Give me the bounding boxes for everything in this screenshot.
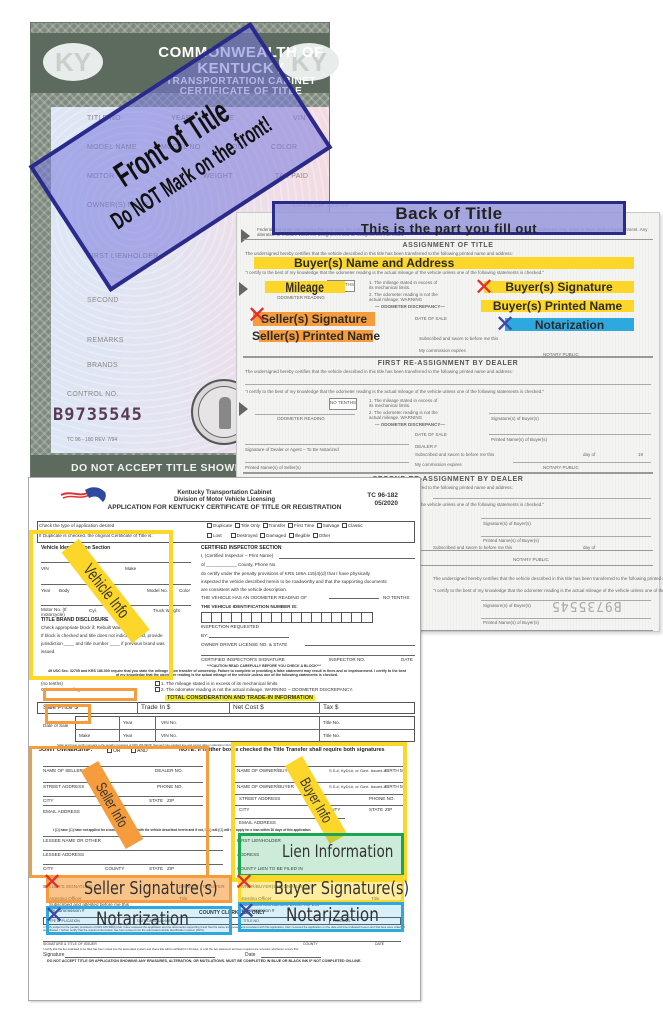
- buyer-signature-label: Signature(s) of Buyer(s): [483, 603, 531, 608]
- buyer-notarization-label: Notarization: [286, 904, 402, 926]
- sale-price-outline: [43, 688, 137, 701]
- buyer-signature-label: Signature(s) of Buyer(s): [491, 416, 539, 421]
- buyer-signatures-text: Buyer Signature(s): [274, 878, 409, 899]
- inspector-signature-label: CERTIFIED INSPECTOR'S SIGNATURE: [201, 657, 285, 662]
- year-prefix: 19: [638, 452, 643, 457]
- tradein-vin-2: VIN No.: [161, 733, 177, 738]
- total-consideration-heading: TOTAL CONSIDERATION AND TRADE-IN INFORMA…: [165, 695, 315, 701]
- statement-1: 1. The mileage stated in excess of its m…: [369, 280, 439, 290]
- day-of-label: day of: [583, 452, 595, 457]
- blue-x-seller-notarization-icon: ✕: [44, 903, 64, 927]
- mileage-text: Mileage: [286, 279, 325, 295]
- buyer-signatures-label: Buyer Signature(s): [274, 878, 443, 899]
- back-of-title-banner: Back of Title This is the part you fill …: [272, 201, 626, 235]
- money-divider: [137, 702, 138, 714]
- commission-label: My commission expires: [419, 348, 466, 353]
- trade-in-col-divider: [119, 716, 120, 742]
- checkbox-damaged[interactable]: Damaged: [260, 533, 286, 538]
- tradein-year-1: Year: [123, 720, 132, 725]
- dealer-signature-line: [245, 444, 409, 445]
- date-of-sale-outline: [45, 704, 91, 724]
- money-divider: [319, 702, 320, 714]
- inspector-date-label: DATE: [401, 657, 413, 662]
- tradein-title-2: Title No.: [323, 733, 340, 738]
- inspector-line-2: of ____________ County, Phone No.: [201, 562, 277, 567]
- statement-2: 2. The odometer reading is not the actua…: [369, 292, 439, 302]
- lien-information-text: Lien Information: [282, 842, 393, 862]
- buyer-printed-line: [489, 434, 651, 435]
- banner-back-title: Back of Title: [275, 205, 623, 222]
- buyer-printed-line: [481, 536, 651, 537]
- signature-label: Signature: [43, 952, 64, 958]
- checkbox-classic[interactable]: Classic: [342, 523, 363, 528]
- buyer-printed-label: Printed Name(s) of Buyer(s): [491, 437, 547, 442]
- first-certify-text: "I certify to the best of my knowledge t…: [245, 389, 544, 394]
- inspector-line-9: BY:: [201, 633, 208, 638]
- inspector-line-5: are consistent with the vehicle descript…: [201, 587, 287, 592]
- caution-text: ***CAUTION READ CAREFULLY BEFORE YOU CHE…: [207, 664, 321, 668]
- odometer-statement-2: 2. The odometer reading is not the actua…: [155, 687, 353, 692]
- blue-x-notarization-icon: ✕: [495, 312, 515, 336]
- statement-1: 1. The mileage stated in excess of its m…: [369, 398, 439, 408]
- type-options: Duplicate Title Only Transfer First Time…: [207, 523, 363, 528]
- vehicle-info-outline: [29, 530, 173, 680]
- inspector-line-1: I, (Certified Inspector – Print Name): [201, 553, 273, 558]
- red-x-seller-signature-icon: ✕: [247, 303, 267, 327]
- header-division: Division of Motor Vehicle Licensing: [29, 497, 420, 504]
- application-type-label: Check the type of application desired: [39, 523, 114, 528]
- duplicate-options: Lost Destroyed Damaged Illegible Other: [207, 533, 330, 538]
- seller-printed-line: [245, 462, 409, 463]
- inspector-line-7: THE VEHICLE IDENTIFICATION NUMBER IS:: [201, 604, 298, 609]
- inspector-no-label: INSPECTOR NO.: [329, 657, 365, 662]
- tradein-vin-1: VIN No.: [161, 720, 177, 725]
- dealer-signature-label: Signature of Dealer or Agent – To Be Not…: [245, 447, 339, 452]
- seller-printed-label: Printed Name(s) of Seller(s): [245, 465, 301, 470]
- label-brands: BRANDS: [87, 362, 118, 369]
- inspector-signature-line: [201, 655, 415, 656]
- form-id: TC 96-182: [367, 492, 398, 500]
- net-cost-field[interactable]: Net Cost $: [233, 704, 264, 711]
- vin-entry-grid[interactable]: [201, 612, 373, 623]
- statement-2: 2. The odometer reading is not the actua…: [369, 410, 439, 420]
- third-transfer-text: The undersigned hereby certifies that th…: [433, 576, 663, 581]
- issuer-signature-label: SIGNATURE & TITLE OF ISSUER: [43, 942, 97, 946]
- inspector-line-4: inspected the vehicle described herein t…: [201, 579, 387, 584]
- assignment-title: ASSIGNMENT OF TITLE: [243, 242, 653, 249]
- buyer-printed-label: Printed Name(s) of Buyer(s): [483, 538, 539, 543]
- buyer-address-line: [433, 498, 651, 499]
- inspector-line-3: do certify under the penalty provisions …: [201, 571, 370, 576]
- subscribed-label: Subscribed and sworn to before me this: [433, 545, 512, 550]
- checkbox-not-actual-mileage[interactable]: [155, 687, 160, 692]
- seller-signatures-label: Seller Signature(s): [84, 878, 251, 899]
- requested-by-line: [209, 637, 289, 638]
- date-of-sale-label: DATE OF SALE: [415, 316, 447, 321]
- checkbox-title-only[interactable]: Title Only: [235, 523, 260, 528]
- commission-label: My commission expires: [415, 462, 462, 467]
- buyer-printed-label: Printed Name(s) of Buyer(s): [483, 620, 539, 625]
- odometer-reading-label: ODOMETER READING: [277, 295, 325, 300]
- subscribed-label: Subscribed and sworn to before me this: [419, 336, 498, 341]
- tradein-make-2: Make: [79, 733, 90, 738]
- checkbox-destroyed[interactable]: Destroyed: [231, 533, 258, 538]
- lien-note: I certify that the lien indicated to be …: [43, 947, 373, 951]
- checkbox-mileage-exceeds[interactable]: [155, 681, 160, 686]
- signature-line: [65, 957, 215, 958]
- ghost-control-number: B9735545: [551, 598, 622, 613]
- header-cabinet: Kentucky Transportation Cabinet: [29, 490, 420, 497]
- first-reassignment-section: FIRST RE-ASSIGNMENT BY DEALER The unders…: [243, 357, 653, 473]
- highlight-seller-signature: Seller(s) Signature: [253, 312, 375, 326]
- highlight-seller-printed-name: Seller(s) Printed Name: [259, 330, 373, 342]
- tradein-year-2: Year: [123, 733, 132, 738]
- color-label: Color: [179, 588, 190, 593]
- odometer-line: [329, 598, 379, 599]
- money-divider: [229, 702, 230, 714]
- issuer-date-label: DATE: [375, 942, 384, 946]
- highlight-buyer-name-address: Buyer(s) Name and Address: [254, 257, 634, 269]
- arrow-marker-icon: [239, 402, 248, 416]
- date-of-sale-label: DATE OF SALE: [415, 432, 447, 437]
- checkbox-other[interactable]: Other: [313, 533, 331, 538]
- buyer-address-line: [245, 384, 651, 385]
- checkbox-transfer[interactable]: Transfer: [263, 523, 286, 528]
- notary-public-label: NOTARY PUBLIC: [513, 557, 549, 562]
- assignment-certify-text: "I certify to the best of my knowledge t…: [245, 270, 544, 275]
- control-number: B9735545: [53, 405, 143, 425]
- buyer-signature-line: [481, 518, 651, 519]
- header-application-title: APPLICATION FOR KENTUCKY CERTIFICATE OF …: [29, 504, 420, 511]
- footer-warning: DO NOT ACCEPT TITLE OR APPLICATION SHOWI…: [47, 959, 361, 963]
- banner-fill-out: This is the part you fill out: [275, 222, 623, 235]
- date-label: Date: [245, 952, 256, 958]
- inspector-name-line: [279, 558, 415, 559]
- seller-notarization-label: Notarization: [96, 908, 212, 930]
- inspector-line-8: INSPECTION REQUESTED: [201, 624, 259, 629]
- inspector-no-tenths: NO TENTHS: [383, 595, 409, 600]
- odometer-reading-label: ODOMETER READING: [277, 416, 325, 421]
- no-tenths-label: (no tenths): [41, 681, 63, 686]
- driver-license-line: [305, 645, 415, 646]
- trade-in-col-divider: [319, 716, 320, 742]
- tradein-title-1: Title No.: [323, 720, 340, 725]
- dealer-no-label: DEALER #: [415, 444, 437, 449]
- checkbox-salvage[interactable]: Salvage: [317, 523, 340, 528]
- trade-in-row-divider: [75, 729, 415, 730]
- red-x-seller-signatures-icon: ✕: [42, 870, 62, 894]
- label-second: SECOND: [87, 297, 119, 304]
- highlight-notarization: Notarization: [505, 318, 634, 331]
- label-remarks: REMARKS: [87, 337, 124, 344]
- notary-public-label: NOTARY PUBLIC: [543, 465, 579, 470]
- inspector-line-6: THE VEHICLE HAS AN ODOMETER READING OF: [201, 595, 307, 600]
- issuer-county-label: COUNTY: [303, 942, 318, 946]
- date-line: [261, 957, 321, 958]
- checkbox-first-time[interactable]: First Time: [288, 523, 314, 528]
- blue-x-buyer-notarization-icon: ✕: [236, 899, 256, 923]
- odometer-discrepancy: — ODOMETER DISCREPANCY—: [375, 422, 445, 427]
- trade-in-field[interactable]: Trade In $: [141, 704, 170, 711]
- first-transfer-text: The undersigned hereby certifies that th…: [245, 369, 513, 374]
- third-certify-text: "I certify to the best of my knowledge t…: [433, 588, 663, 593]
- inspector-line-10: OWNER DRIVER LICENSE NO. & STATE: [201, 642, 287, 647]
- first-reassignment-title: FIRST RE-ASSIGNMENT BY DEALER: [243, 360, 653, 367]
- buyer-printed-line: [481, 618, 651, 619]
- odometer-statement-1: 1. The mileage stated is in excess of it…: [155, 681, 279, 686]
- red-x-buyer-signatures-icon: ✕: [234, 870, 254, 894]
- buyer-signature-label: Signature(s) of Buyer(s): [483, 521, 531, 526]
- checkbox-duplicate[interactable]: Duplicate: [207, 523, 232, 528]
- no-tenths-box: NO TENTHS: [329, 398, 357, 410]
- subscribed-label: Subscribed and sworn to before me this: [415, 452, 494, 457]
- buyer-signature-line: [489, 413, 651, 414]
- seller-notarization-text: Notarization: [96, 908, 189, 930]
- money-row: [37, 702, 415, 714]
- highlight-mileage: Mileage: [265, 281, 345, 293]
- form-number: TC 96-182 05/2020: [367, 492, 398, 509]
- trade-in-col-divider: [155, 716, 156, 742]
- tax-field[interactable]: Tax $: [323, 704, 339, 711]
- arrow-marker-icon: [239, 282, 248, 296]
- revision-code: TC 96 - 180 REV. 7/94: [67, 437, 117, 443]
- day-of-label: day of: [583, 545, 595, 550]
- buyer-notarization-text: Notarization: [286, 904, 379, 926]
- odometer-line: [255, 414, 355, 415]
- label-control-no: CONTROL NO.: [67, 391, 119, 398]
- ky-emblem-left: KY: [43, 43, 103, 81]
- lien-information-label: Lien Information: [282, 842, 421, 862]
- notary-line: [513, 462, 651, 463]
- red-x-buyer-signature-icon: ✕: [474, 275, 494, 299]
- application-header: Kentucky Transportation Cabinet Division…: [29, 490, 420, 511]
- highlight-buyer-signature: Buyer(s) Signature: [484, 281, 634, 293]
- seller-signatures-text: Seller Signature(s): [84, 878, 218, 899]
- form-date: 05/2020: [367, 500, 398, 508]
- odometer-discrepancy: — ODOMETER DISCREPANCY—: [375, 304, 445, 309]
- checkbox-illegible[interactable]: Illegible: [289, 533, 311, 538]
- inspector-section-title: CERTIFIED INSPECTOR SECTION: [201, 545, 281, 551]
- checkbox-lost[interactable]: Lost: [207, 533, 222, 538]
